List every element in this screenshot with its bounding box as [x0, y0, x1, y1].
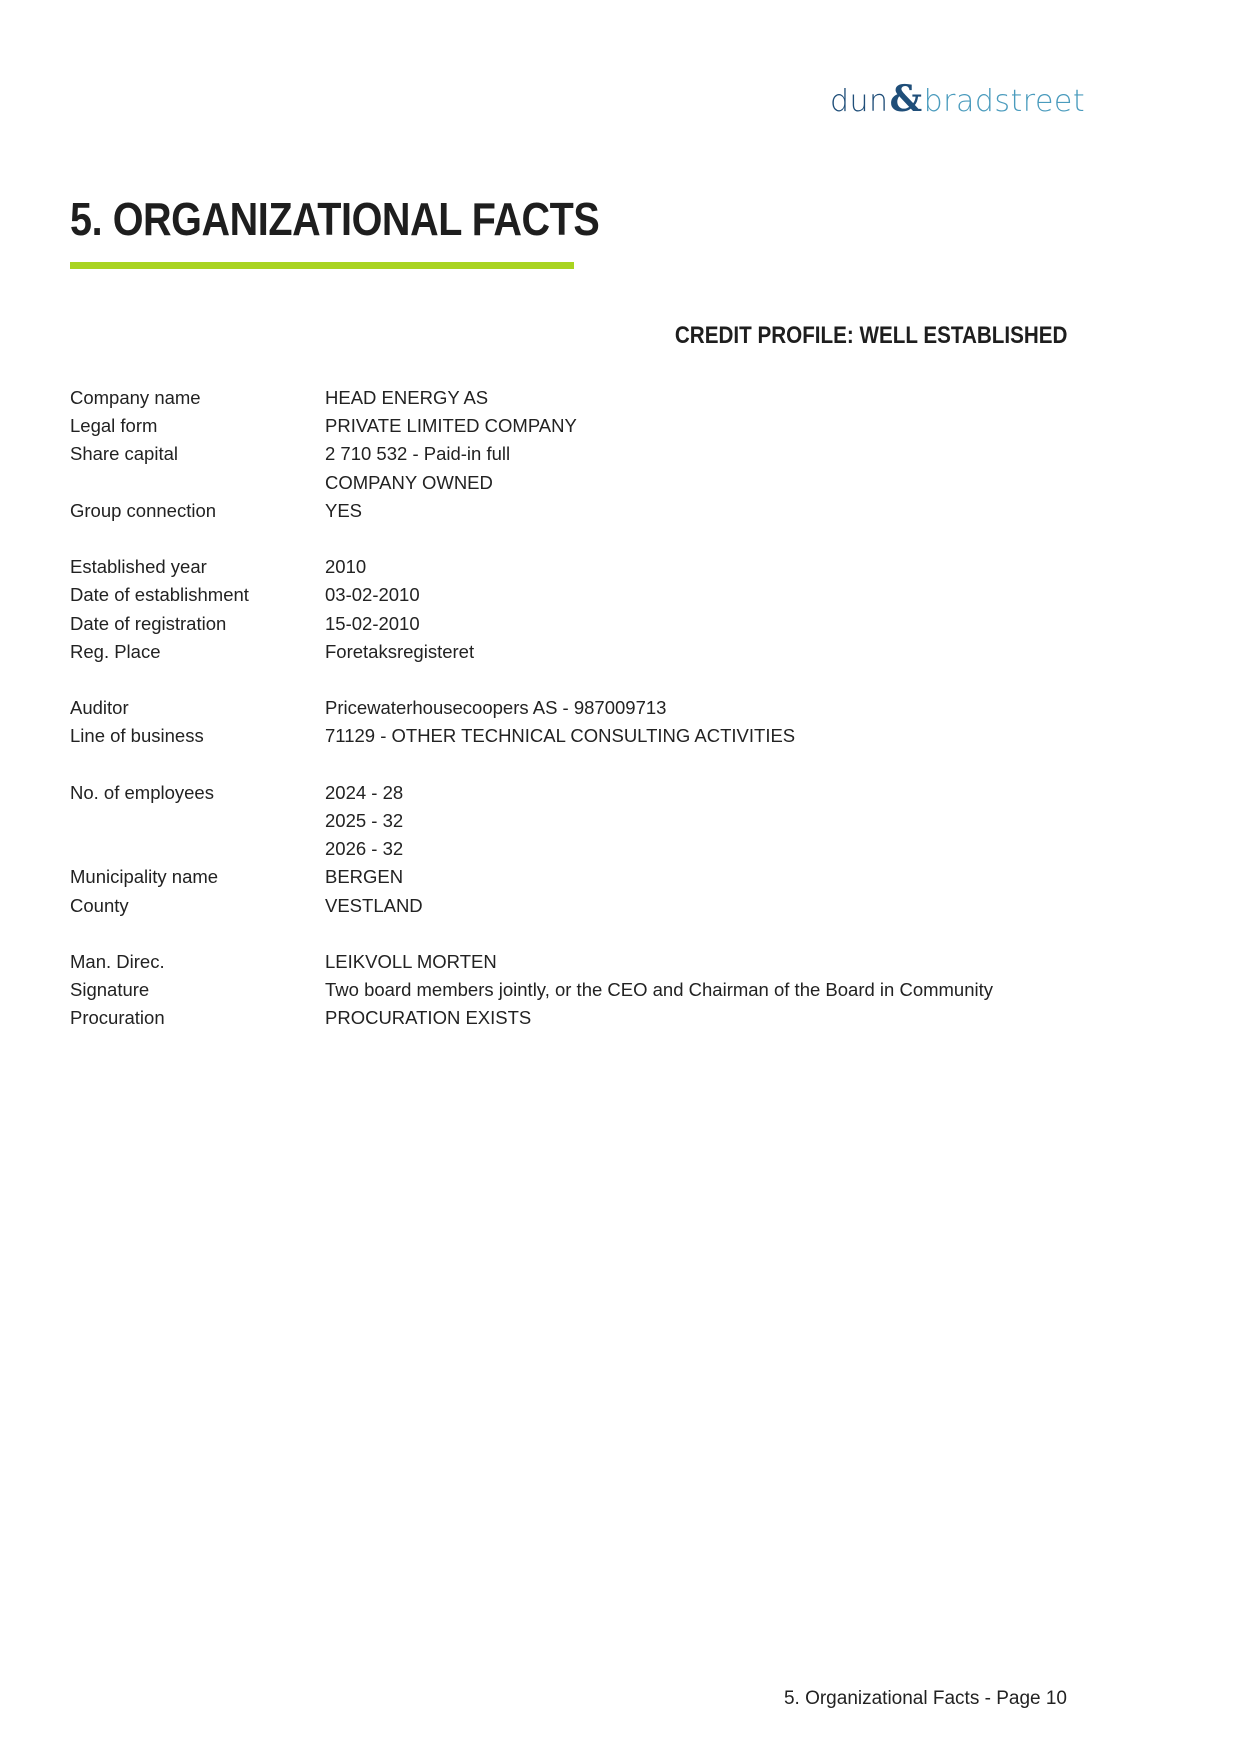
fact-row: Date of establishment03-02-2010	[70, 581, 1070, 609]
fact-row: Legal formPRIVATE LIMITED COMPANY	[70, 412, 1070, 440]
fact-row: 2025 - 32	[70, 807, 1070, 835]
fact-value: 2024 - 28	[325, 779, 1070, 807]
fact-row: Line of business71129 - OTHER TECHNICAL …	[70, 722, 1070, 750]
fact-label: Procuration	[70, 1004, 325, 1032]
fact-value: VESTLAND	[325, 892, 1070, 920]
fact-label: Auditor	[70, 694, 325, 722]
fact-row: Established year2010	[70, 553, 1070, 581]
fact-row: Reg. PlaceForetaksregisteret	[70, 638, 1070, 666]
fact-row: 2026 - 32	[70, 835, 1070, 863]
fact-label: Line of business	[70, 722, 325, 750]
fact-value: 2026 - 32	[325, 835, 1070, 863]
fact-value: 15-02-2010	[325, 610, 1070, 638]
fact-label: Legal form	[70, 412, 325, 440]
fact-label: Established year	[70, 553, 325, 581]
fact-label: Share capital	[70, 440, 325, 468]
fact-label: No. of employees	[70, 779, 325, 807]
fact-label: County	[70, 892, 325, 920]
group-spacer	[70, 751, 1070, 779]
logo-text-dun: dun	[830, 84, 889, 119]
fact-value: Pricewaterhousecoopers AS - 987009713	[325, 694, 1070, 722]
fact-label: Group connection	[70, 497, 325, 525]
organizational-facts-table: Company nameHEAD ENERGY ASLegal formPRIV…	[70, 384, 1070, 1033]
group-spacer	[70, 920, 1070, 948]
fact-row: Date of registration15-02-2010	[70, 610, 1070, 638]
title-underline	[70, 262, 574, 269]
fact-value: 03-02-2010	[325, 581, 1070, 609]
fact-value: PRIVATE LIMITED COMPANY	[325, 412, 1070, 440]
fact-value: 2010	[325, 553, 1070, 581]
fact-label	[70, 807, 325, 835]
fact-row: No. of employees2024 - 28	[70, 779, 1070, 807]
page-footer: 5. Organizational Facts - Page 10	[784, 1688, 1067, 1710]
fact-value: LEIKVOLL MORTEN	[325, 948, 1070, 976]
fact-row: COMPANY OWNED	[70, 469, 1070, 497]
fact-row: ProcurationPROCURATION EXISTS	[70, 1004, 1070, 1032]
fact-value: COMPANY OWNED	[325, 469, 1070, 497]
fact-row: Municipality nameBERGEN	[70, 863, 1070, 891]
fact-value: YES	[325, 497, 1070, 525]
fact-label	[70, 469, 325, 497]
fact-value: BERGEN	[325, 863, 1070, 891]
fact-row: CountyVESTLAND	[70, 892, 1070, 920]
fact-label	[70, 835, 325, 863]
credit-profile-heading: CREDIT PROFILE: WELL ESTABLISHED	[674, 322, 1067, 350]
fact-row: Company nameHEAD ENERGY AS	[70, 384, 1070, 412]
fact-row: Share capital2 710 532 - Paid-in full	[70, 440, 1070, 468]
fact-label: Signature	[70, 976, 325, 1004]
fact-value: Two board members jointly, or the CEO an…	[325, 976, 1070, 1004]
fact-value: PROCURATION EXISTS	[325, 1004, 1070, 1032]
group-spacer	[70, 525, 1070, 553]
fact-value: HEAD ENERGY AS	[325, 384, 1070, 412]
fact-label: Municipality name	[70, 863, 325, 891]
logo-text-bradstreet: bradstreet	[924, 84, 1086, 119]
fact-value: 2 710 532 - Paid-in full	[325, 440, 1070, 468]
group-spacer	[70, 666, 1070, 694]
fact-row: Group connectionYES	[70, 497, 1070, 525]
fact-value: 71129 - OTHER TECHNICAL CONSULTING ACTIV…	[325, 722, 1070, 750]
logo-ampersand: &	[890, 78, 923, 120]
fact-label: Company name	[70, 384, 325, 412]
fact-value: 2025 - 32	[325, 807, 1070, 835]
fact-label: Reg. Place	[70, 638, 325, 666]
fact-row: AuditorPricewaterhousecoopers AS - 98700…	[70, 694, 1070, 722]
fact-label: Date of establishment	[70, 581, 325, 609]
fact-label: Man. Direc.	[70, 948, 325, 976]
fact-value: Foretaksregisteret	[325, 638, 1070, 666]
fact-row: SignatureTwo board members jointly, or t…	[70, 976, 1070, 1004]
dun-bradstreet-logo: dun&bradstreet	[830, 78, 1085, 122]
fact-row: Man. Direc.LEIKVOLL MORTEN	[70, 948, 1070, 976]
page-title: 5. ORGANIZATIONAL FACTS	[70, 192, 599, 246]
fact-label: Date of registration	[70, 610, 325, 638]
